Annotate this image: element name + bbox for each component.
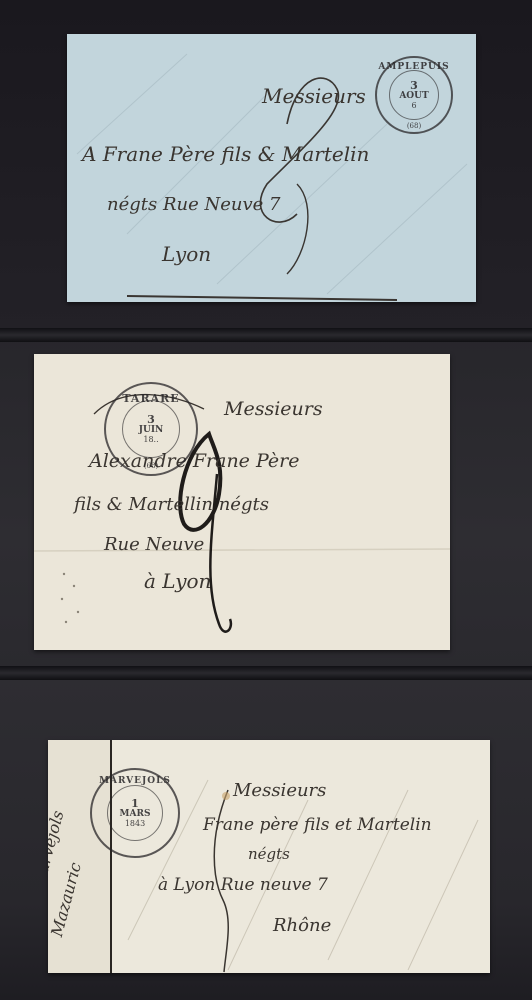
- address-line: Rue Neuve: [104, 534, 204, 555]
- strip-divider: [0, 328, 532, 342]
- postmark-stamp: MARVEJOLS 1 MARS 1843: [90, 768, 180, 858]
- postmark-stamp: TARARE 3 JUIN 18.. (68): [104, 382, 198, 476]
- address-line: Frane père fils et Martelin: [203, 815, 432, 835]
- address-line: à Lyon Rue neuve 7: [158, 875, 328, 895]
- letter-marvejols: Marvejols Mazauric Messieurs Frane père …: [48, 740, 490, 973]
- address-line: Messieurs: [233, 780, 326, 801]
- address-line: négts: [248, 845, 290, 863]
- address-line: fils & Martellin négts: [74, 494, 269, 515]
- address-line: Messieurs: [224, 398, 323, 420]
- address-line: A Frane Père fils & Martelin: [82, 142, 369, 166]
- strip-divider: [0, 666, 532, 680]
- letter-tarare: Messieurs Alexandre Frane Père fils & Ma…: [34, 354, 450, 650]
- letter-amplepuis: Messieurs A Frane Père fils & Martelin n…: [67, 34, 476, 302]
- address-line: négts Rue Neuve 7: [107, 194, 280, 215]
- address-line: Lyon: [162, 242, 211, 266]
- address-line: Rhône: [273, 915, 331, 936]
- address-line: Messieurs: [262, 84, 366, 108]
- postmark-stamp: AMPLEPUIS 3 AOUT 6 (68): [375, 56, 453, 134]
- address-line: à Lyon: [144, 569, 211, 593]
